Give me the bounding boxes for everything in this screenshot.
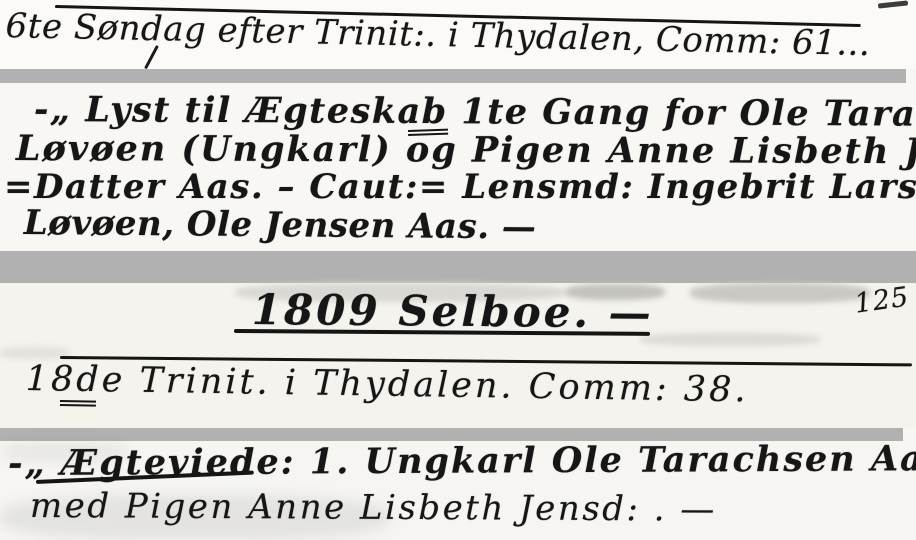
record-line-banns-1: -„ Lyst til Ægteskab 1te Gang for Ole Ta… [34,92,916,132]
scan-noise-patch [690,283,870,303]
scanned-register-page: 6te Søndag efter Trinit:. i Thydalen, Co… [0,0,916,540]
record-line-banns-3: =Datter Aas. – Caut:= Lensmd: Ingebrit L… [4,170,916,204]
scan-noise-patch [640,333,820,346]
record-line-banns-4: Løvøen, Ole Jensen Aas. — [24,206,537,244]
record-line-banns-2: Løvøen (Ungkarl) og Pigen Anne Lisbeth J… [16,131,916,170]
page-number: 125 [853,283,911,317]
record-line-marriage-2: med Pigen Anne Lisbeth Jensd: . — [30,489,717,527]
scan-divider-bar [0,251,916,283]
scan-divider-bar [0,69,906,83]
year-heading: 1809 Selboe. — [252,289,654,335]
